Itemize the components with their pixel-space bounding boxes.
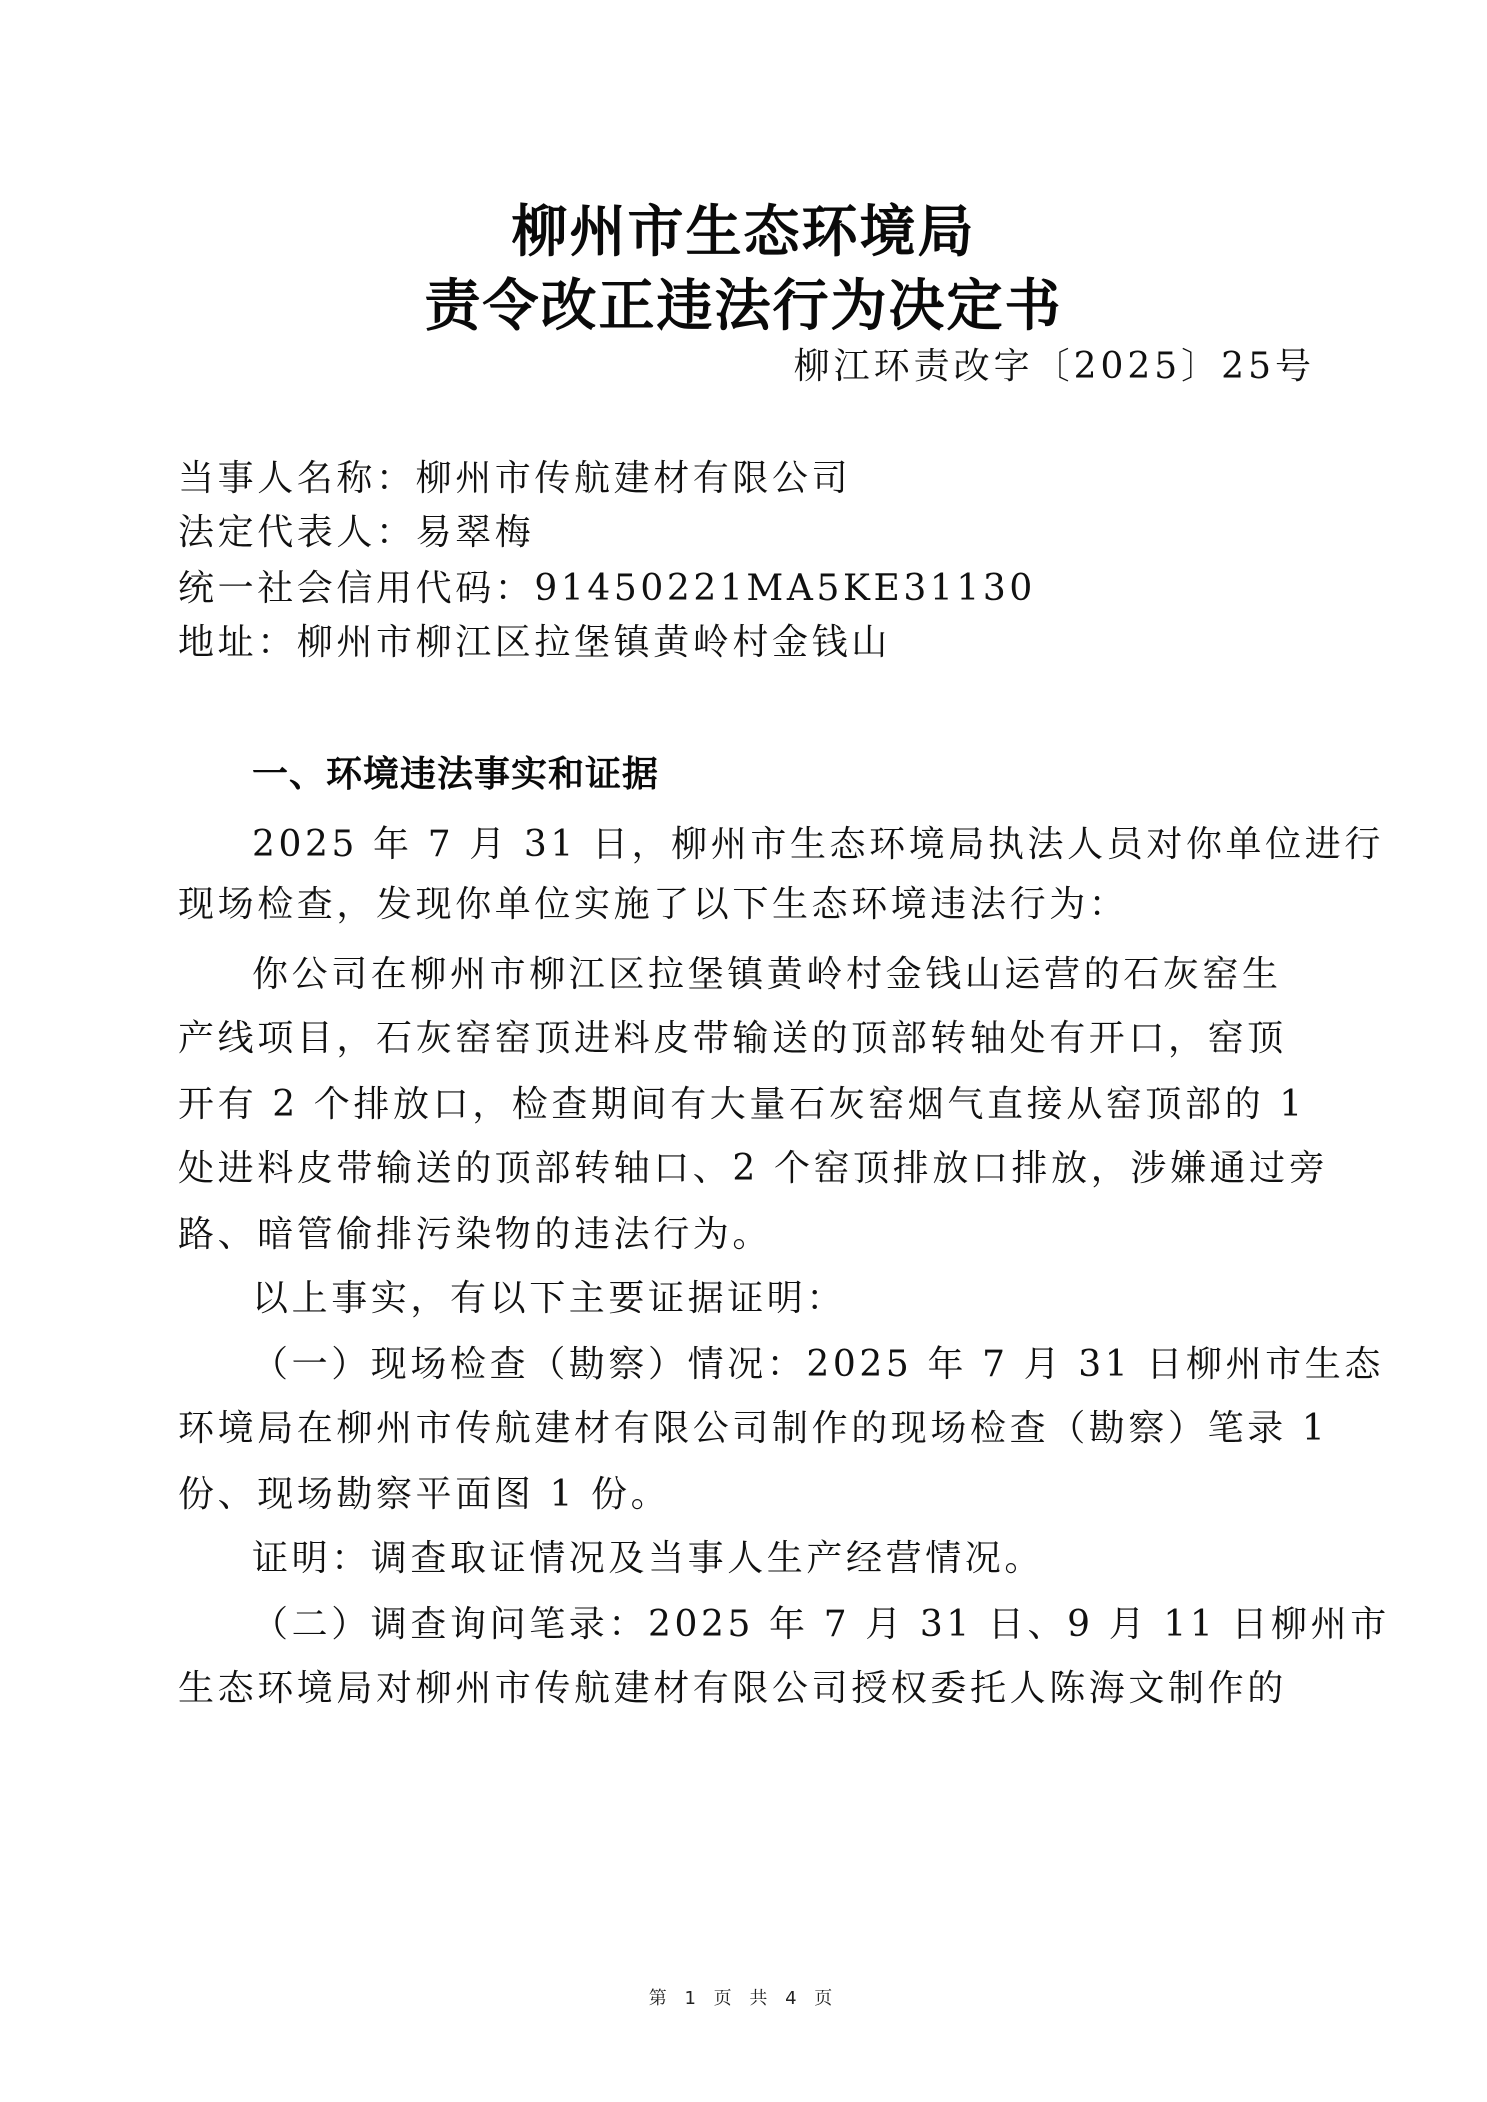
party-name: 当事人名称：柳州市传航建材有限公司 (178, 450, 1308, 501)
document-title-type: 责令改正违法行为决定书 (0, 262, 1487, 342)
paragraph-line: 以上事实，有以下主要证据证明： (252, 1270, 1382, 1321)
paragraph-line: 证明：调查取证情况及当事人生产经营情况。 (252, 1530, 1382, 1581)
party-legal-rep: 法定代表人：易翠梅 (178, 504, 1308, 555)
paragraph-line: 2025 年 7 月 31 日，柳州市生态环境局执法人员对你单位进行 (252, 816, 1382, 867)
paragraph-line: 路、暗管偷排污染物的违法行为。 (178, 1206, 1308, 1257)
document-page: 柳州市生态环境局 责令改正违法行为决定书 柳江环责改字〔2025〕25号 当事人… (0, 0, 1487, 2102)
paragraph-line: （一）现场检查（勘察）情况：2025 年 7 月 31 日柳州市生态 (252, 1336, 1382, 1387)
paragraph-line: 产线项目，石灰窑窑顶进料皮带输送的顶部转轴处有开口，窑顶 (178, 1010, 1308, 1061)
page-indicator: 第 1 页 共 4 页 (0, 1984, 1487, 2010)
paragraph-line: 处进料皮带输送的顶部转轴口、2 个窑顶排放口排放，涉嫌通过旁 (178, 1140, 1308, 1191)
paragraph-line: 份、现场勘察平面图 1 份。 (178, 1466, 1308, 1517)
paragraph-line: （二）调查询问笔录：2025 年 7 月 31 日、9 月 11 日柳州市 (252, 1596, 1382, 1647)
paragraph-line: 生态环境局对柳州市传航建材有限公司授权委托人陈海文制作的 (178, 1660, 1308, 1711)
document-title-agency: 柳州市生态环境局 (0, 188, 1487, 268)
paragraph-line: 现场检查，发现你单位实施了以下生态环境违法行为： (178, 876, 1308, 927)
section-heading: 一、环境违法事实和证据 (252, 746, 659, 797)
paragraph-line: 开有 2 个排放口，检查期间有大量石灰窑烟气直接从窑顶部的 1 (178, 1076, 1308, 1127)
document-number: 柳江环责改字〔2025〕25号 (794, 338, 1315, 389)
paragraph-line: 环境局在柳州市传航建材有限公司制作的现场检查（勘察）笔录 1 (178, 1400, 1308, 1451)
paragraph-line: 你公司在柳州市柳江区拉堡镇黄岭村金钱山运营的石灰窑生 (252, 946, 1382, 997)
party-address: 地址：柳州市柳江区拉堡镇黄岭村金钱山 (178, 614, 1308, 665)
party-credit-code: 统一社会信用代码：91450221MA5KE31130 (178, 560, 1308, 611)
